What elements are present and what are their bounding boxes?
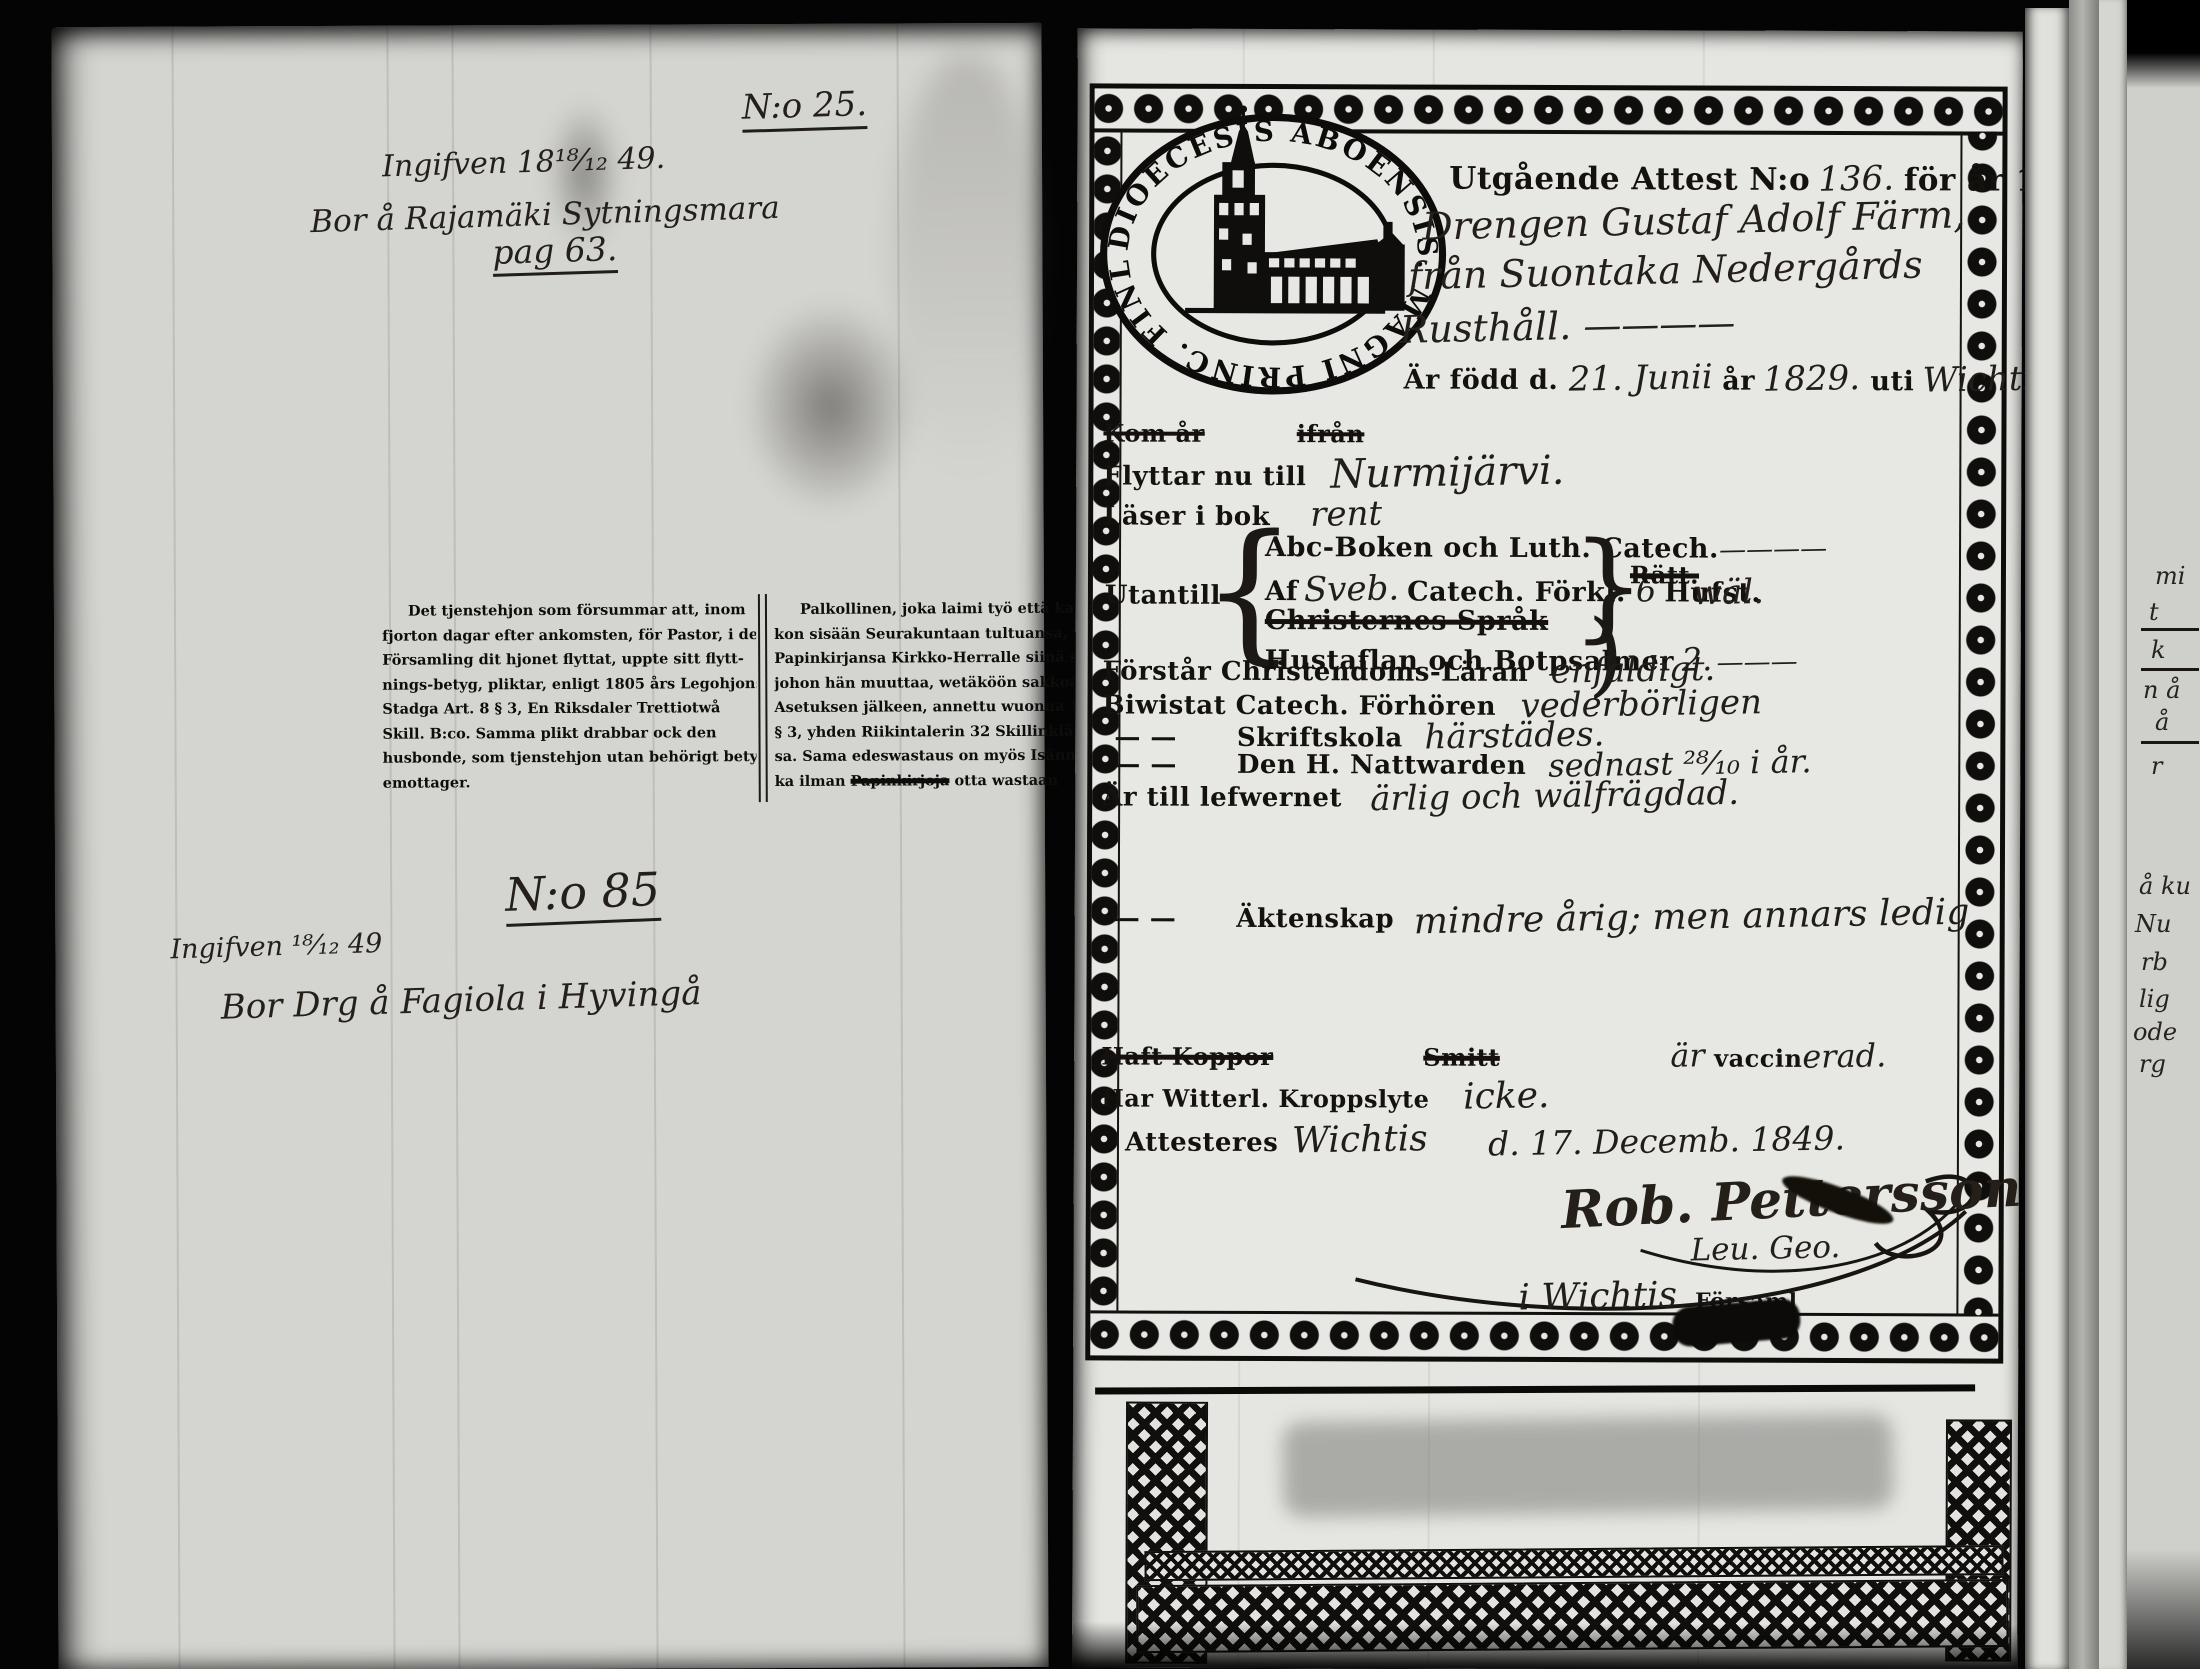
- field-kom: Kom år ifrån: [1103, 418, 1364, 448]
- notice-fragment: otta wastaan: [949, 771, 1058, 788]
- person-line: Drengen Gustaf Adolf Färm,: [1422, 192, 1966, 248]
- notice-line: Församling dit hjonet flyttat, uppte sit…: [382, 647, 756, 673]
- footer-hw: i Wichtis: [1518, 1275, 1677, 1319]
- born-date: 21. Junii: [1568, 357, 1713, 400]
- notice-line: fjorton dagar efter ankomsten, för Pasto…: [382, 623, 756, 649]
- lefwernet-label: Är till lefwernet: [1102, 782, 1342, 813]
- fold-line: [451, 25, 460, 1669]
- person-line: från Suontaka Nedergårds: [1408, 243, 1924, 299]
- attest-title: Utgående Attest N:o 136. för år 18 46.: [1449, 158, 2114, 200]
- edge-rule: [2141, 628, 2199, 631]
- item2-pre: Af: [1265, 576, 1298, 607]
- field-vaccin: Haft Koppor Smitt är vaccin erad.: [1101, 1034, 1886, 1075]
- edge-text-fragment: rb: [2141, 948, 2168, 976]
- kom-label: Kom år: [1103, 418, 1204, 447]
- note-received-bottom: Ingifven ¹⁸⁄₁₂ 49: [170, 928, 383, 965]
- edge-text-fragment: Nu: [2135, 910, 2171, 938]
- field-born: Är född d. 21. Junii år 1829. uti Wichti…: [1404, 357, 2051, 399]
- page-bottom-shadow: [1072, 1621, 2017, 1669]
- ifran-label: ifrån: [1297, 419, 1365, 448]
- printed-notice: Det tjenstehjon som försummar att, inom …: [376, 591, 1077, 816]
- field-aktenskap: — — Äktenskap mindre årig; men annars le…: [1114, 894, 1970, 938]
- left-page: N:o 25. Ingifven 18¹⁸⁄₁₂ 49. Bor å Rajam…: [51, 23, 1048, 1669]
- kroppslyte-label: Har Witterl. Kroppslyte: [1101, 1083, 1429, 1113]
- notice-line: Asetuksen jälkeen, annettu wuonna 1805 A…: [774, 695, 1074, 721]
- page-edge-strip: [2069, 0, 2099, 1669]
- item1-dash: ————: [1719, 533, 1828, 566]
- edge-text-fragment: ode: [2133, 1018, 2177, 1046]
- notice-column-divider: [758, 594, 768, 802]
- edge-rule: [2141, 741, 2199, 744]
- edge-text-fragment: lig: [2139, 985, 2170, 1013]
- note-received-top: Ingifven 18¹⁸⁄₁₂ 49.: [382, 141, 666, 185]
- note-number-top: N:o 25.: [741, 84, 868, 133]
- laser-value: rent: [1310, 494, 1383, 535]
- leader-dashes: — —: [1114, 903, 1177, 933]
- struck-word: Papinkirjoja: [851, 772, 950, 789]
- notice-line: Palkollinen, joka laimi työ että kahden …: [774, 597, 1074, 623]
- item2-hw: Sveb.: [1304, 568, 1400, 610]
- notice-line: Det tjenstehjon som försummar att, inom: [382, 598, 756, 624]
- bleed-through: [892, 53, 1044, 484]
- right-page: DIOECESIS ABOENSIS. MAGNI PRINC. FINL.: [1072, 28, 2023, 1669]
- notice-line: Skill. B:co. Samma plikt drabbar ock den: [382, 721, 756, 747]
- field-lefwernet: Är till lefwernet ärlig och wälfrägdad.: [1102, 774, 1739, 816]
- page-edge-strip: mi t k n å å r å ku Nu rb lig ode rg: [2127, 0, 2200, 1669]
- aktenskap-label: Äktenskap: [1236, 904, 1394, 935]
- next-doc-border-row: [1144, 1545, 2003, 1581]
- attest-title-printed: Utgående Attest N:o: [1449, 161, 1810, 198]
- notice-line: johon hän muuttaa, wetäköön sakkoa Palko…: [774, 670, 1074, 696]
- person-line: Rusthåll. ————: [1399, 300, 1735, 352]
- utantill-item-1: Abc-Boken och Luth. Catech. ————: [1265, 532, 1827, 565]
- fold-line: [386, 26, 395, 1669]
- attest-form: DIOECESIS ABOENSIS. MAGNI PRINC. FINL.: [1085, 83, 2007, 1363]
- born-place-label: uti: [1870, 366, 1914, 397]
- notice-line: kon sisään Seurakuntaan tultuansa, ylösn…: [774, 621, 1074, 647]
- notice-line: § 3, yhden Riikintalerin 32 Skillinkiä B…: [774, 719, 1074, 745]
- book-scan: N:o 25. Ingifven 18¹⁸⁄₁₂ 49. Bor å Rajam…: [0, 0, 2200, 1669]
- notice-line: nings-betyg, pliktar, enligt 1805 års Le…: [382, 672, 756, 698]
- utantill-item-3-struck: Christernes Språk: [1265, 605, 1549, 637]
- notice-line: sa. Sama edeswastaus on myös Isännillä j…: [775, 744, 1075, 770]
- flyttar-value: Nurmijärvi.: [1330, 448, 1565, 498]
- grade-struck: Rätt.: [1630, 560, 1699, 589]
- fold-line: [649, 25, 658, 1669]
- diocese-seal: DIOECESIS ABOENSIS. MAGNI PRINC. FINL.: [1096, 100, 1451, 397]
- rosette-border-right: [1956, 131, 2002, 1316]
- page-edge-strip: [2099, 0, 2127, 1669]
- item4-dash: ———: [1716, 646, 1798, 678]
- edge-text-fragment: n å: [2143, 676, 2180, 704]
- notice-line: husbonde, som tjenstehjon utan behörigt …: [383, 745, 757, 771]
- born-year-label: år: [1722, 366, 1755, 397]
- ink-smudge: [743, 298, 919, 514]
- notice-line: Papinkirjansa Kirkko-Herralle siinä seur…: [774, 646, 1074, 672]
- notice-line: Stadga Art. 8 § 3, En Riksdaler Trettiot…: [382, 696, 756, 722]
- edge-text-fragment: k: [2151, 636, 2166, 664]
- aktenskap-value: mindre årig; men annars ledig: [1414, 892, 1970, 943]
- seal-graphic: DIOECESIS ABOENSIS. MAGNI PRINC. FINL.: [1096, 100, 1451, 397]
- born-label: Är född d.: [1404, 364, 1559, 396]
- edge-text-fragment: å: [2155, 708, 2169, 736]
- koppor-struck: Haft Koppor: [1101, 1041, 1273, 1071]
- page-edge-strip: [2025, 8, 2069, 1669]
- flyttar-label: Flyttar nu till: [1103, 461, 1306, 492]
- vaccin-hw1: är: [1670, 1036, 1705, 1075]
- lefwernet-value: ärlig och wälfrägdad.: [1370, 773, 1739, 819]
- notice-finnish-column: Palkollinen, joka laimi työ että kahden …: [774, 597, 1075, 794]
- edge-text-fragment: t: [2149, 598, 2159, 626]
- kroppslyte-value: icke.: [1463, 1075, 1550, 1117]
- edge-rule: [2141, 668, 2199, 671]
- note-number-bottom: N:o 85: [504, 862, 661, 927]
- vaccin-printed: vaccin: [1714, 1044, 1802, 1073]
- edge-text-fragment: å ku: [2139, 872, 2191, 900]
- notice-swedish-column: Det tjenstehjon som försummar att, inom …: [382, 598, 757, 796]
- notice-last-line: ka ilman Papinkirjoja otta wastaan: [775, 768, 1075, 794]
- gray-smudge: [1282, 1414, 1893, 1518]
- grade-hw: wäl.: [1692, 572, 1764, 614]
- field-flyttar: Flyttar nu till Nurmijärvi.: [1103, 448, 1564, 496]
- edge-text-fragment: rg: [2139, 1050, 2166, 1078]
- fold-line: [171, 27, 180, 1669]
- field-kroppslyte: Har Witterl. Kroppslyte icke.: [1101, 1074, 1550, 1117]
- note-residence-bottom: Bor Drg å Fagiola i Hyvingå: [220, 973, 702, 1028]
- signature-title: Leu. Geo.: [1690, 1229, 1840, 1268]
- note-page-ref: pag 63.: [492, 229, 618, 277]
- notice-fragment: ka ilman: [775, 772, 851, 789]
- smitt-struck: Smitt: [1423, 1043, 1500, 1072]
- edge-text-fragment: mi: [2155, 562, 2185, 590]
- edge-text-fragment: r: [2151, 752, 2162, 780]
- sheet-edge-line: [1095, 1384, 1975, 1394]
- attesteres-label: Attesteres: [1125, 1128, 1278, 1159]
- notice-line: emottager.: [383, 770, 757, 796]
- born-year: 1829.: [1763, 358, 1861, 400]
- vaccin-hw2: erad.: [1802, 1036, 1887, 1075]
